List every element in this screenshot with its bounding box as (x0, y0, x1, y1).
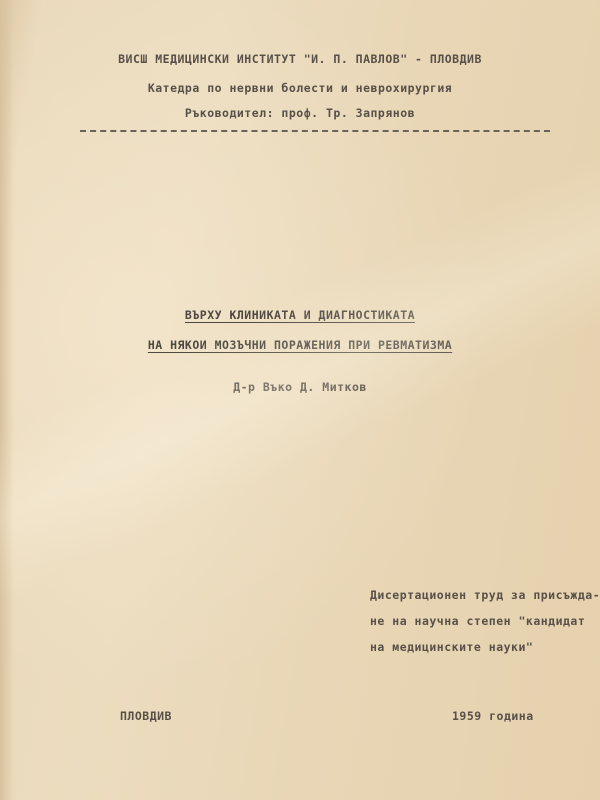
dissertation-title-line-1: ВЪРХУ КЛИНИКАТА И ДИАГНОСТИКАТА (0, 308, 600, 322)
dashed-separator (80, 130, 550, 132)
paper-fold-shading (0, 0, 600, 800)
dissertation-note-line-1: Дисертационен труд за присъжда- (370, 588, 600, 602)
page-edge (0, 0, 14, 800)
author-name: Д-р Въко Д. Митков (0, 380, 600, 394)
department-head-line: Ръководител: проф. Тр. Запрянов (0, 106, 600, 120)
dissertation-title-line-2: НА НЯКОИ МОЗЪЧНИ ПОРАЖЕНИЯ ПРИ РЕВМАТИЗМ… (0, 338, 600, 352)
document-page: ВИСШ МЕДИЦИНСКИ ИНСТИТУТ "И. П. ПАВЛОВ" … (0, 0, 600, 800)
department-line: Катедра по нервни болести и неврохирурги… (0, 81, 600, 95)
footer-year: 1959 година (452, 709, 534, 723)
footer-city: ПЛОВДИВ (120, 709, 172, 723)
dissertation-note-line-2: не на научна степен "кандидат (370, 614, 585, 628)
dissertation-note-line-3: на медицинските науки" (370, 640, 533, 654)
institution-heading: ВИСШ МЕДИЦИНСКИ ИНСТИТУТ "И. П. ПАВЛОВ" … (0, 52, 600, 66)
